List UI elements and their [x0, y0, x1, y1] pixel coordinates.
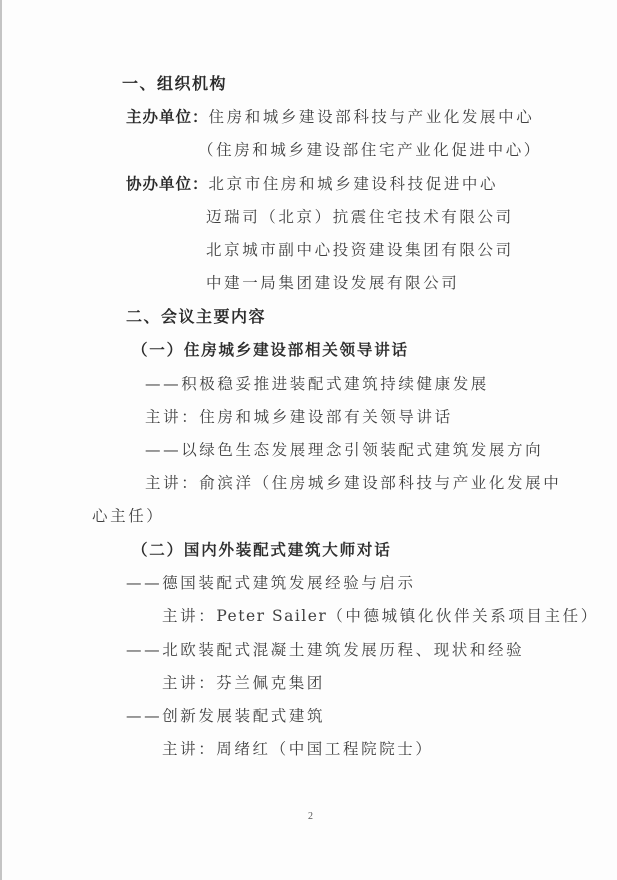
subsection-heading-1: （一）住房城乡建设部相关领导讲话 [132, 340, 409, 360]
speaker-3-title: （中德城镇化伙伴关系项目主任） [327, 607, 599, 625]
subsection-heading-2: （二）国内外装配式建筑大师对话 [132, 540, 392, 560]
document-page: 一、组织机构 主办单位：住房和城乡建设部科技与产业化发展中心 （住房和城乡建设部… [0, 0, 617, 880]
host-value-line2: （住房和城乡建设部住宅产业化促进中心） [198, 140, 542, 160]
host-value: 住房和城乡建设部科技与产业化发展中心 [209, 108, 535, 126]
speaker-3-name: Peter Sailer [216, 607, 327, 625]
host-label: 主办单位： [126, 108, 209, 126]
cohost-label: 协办单位： [126, 175, 209, 193]
cohost-row: 协办单位：北京市住房和城乡建设科技促进中心 [126, 174, 498, 194]
page-number: 2 [308, 811, 313, 822]
speaker-3: 主讲：Peter Sailer（中德城镇化伙伴关系项目主任） [162, 606, 599, 626]
topic-2: ——以绿色生态发展理念引领装配式建筑发展方向 [145, 440, 543, 460]
host-row: 主办单位：住房和城乡建设部科技与产业化发展中心 [126, 107, 534, 127]
speaker-3-prefix: 主讲： [162, 607, 216, 625]
speaker-5: 主讲：周绪红（中国工程院院士） [162, 739, 434, 759]
section-heading-meeting-content: 二、会议主要内容 [126, 307, 266, 327]
topic-4: ——北欧装配式混凝土建筑发展历程、现状和经验 [126, 640, 524, 660]
speaker-2: 主讲：俞滨洋（住房城乡建设部科技与产业化发展中 [145, 473, 561, 493]
speaker-4: 主讲：芬兰佩克集团 [162, 673, 325, 693]
speaker-1: 主讲：住房和城乡建设部有关领导讲话 [145, 407, 453, 427]
cohost-value-3: 北京城市副中心投资建设集团有限公司 [206, 240, 514, 260]
section-heading-organization: 一、组织机构 [122, 74, 227, 94]
cohost-value-2: 迈瑞司（北京）抗震住宅技术有限公司 [206, 207, 514, 227]
topic-3: ——德国装配式建筑发展经验与启示 [126, 573, 416, 593]
cohost-value-1: 北京市住房和城乡建设科技促进中心 [209, 175, 499, 193]
topic-5: ——创新发展装配式建筑 [126, 706, 325, 726]
topic-1: ——积极稳妥推进装配式建筑持续健康发展 [145, 374, 489, 394]
speaker-2-continuation: 心主任） [92, 506, 164, 526]
cohost-value-4: 中建一局集团建设发展有限公司 [206, 273, 459, 293]
